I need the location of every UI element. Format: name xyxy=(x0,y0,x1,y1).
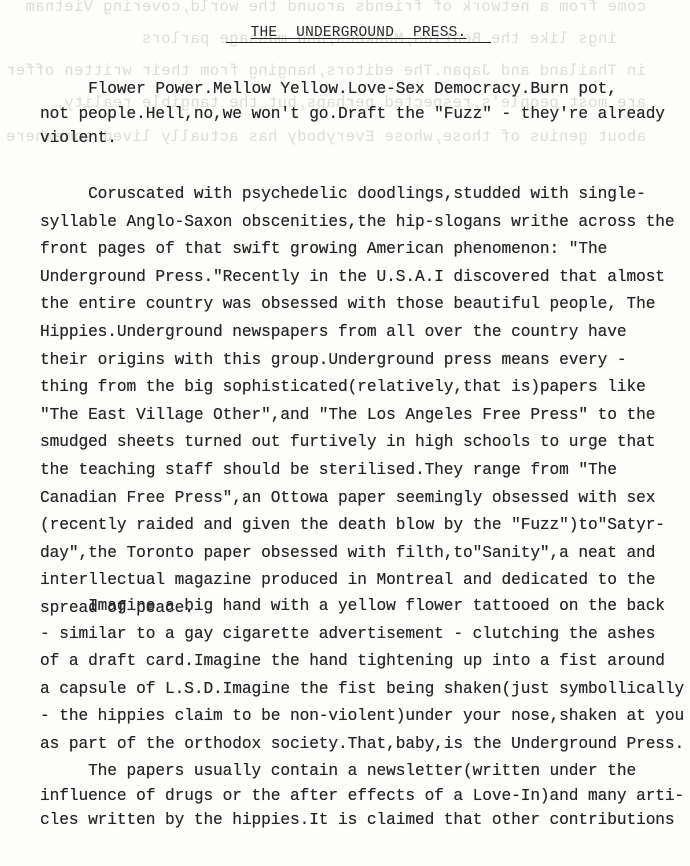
text-line: Flower Power.Mellow Yellow.Love-Sex Demo… xyxy=(40,80,617,98)
text-line: not people.Hell,no,we won't go.Draft the… xyxy=(40,105,665,123)
text-line: cles written by the hippies.It is claime… xyxy=(40,811,675,829)
text-line: Imagine a big hand with a yellow flower … xyxy=(40,597,665,615)
text-line: interllectual magazine produced in Montr… xyxy=(40,571,655,589)
text-line: front pages of that swift growing Americ… xyxy=(40,240,607,258)
title-block: THE UNDERGROUND PRESS. xyxy=(226,23,491,43)
text-line: Coruscated with psychedelic doodlings,st… xyxy=(40,185,646,203)
text-line: of a draft card.Imagine the hand tighten… xyxy=(40,652,665,670)
bleed-line: in Thailand and Japan.The editors,hangin… xyxy=(6,62,646,80)
text-line: syllable Anglo-Saxon obscenities,the hip… xyxy=(40,213,675,231)
text-line: The papers usually contain a newsletter(… xyxy=(40,762,636,780)
text-line: smudged sheets turned out furtively in h… xyxy=(40,433,655,451)
text-line: as part of the orthodox society.That,bab… xyxy=(40,735,684,753)
text-line: Underground Press."Recently in the U.S.A… xyxy=(40,268,665,286)
text-line: day",the Toronto paper obsessed with fil… xyxy=(40,544,655,562)
document-title: THE UNDERGROUND PRESS. xyxy=(251,25,467,41)
text-line: - the hippies claim to be non-violent)un… xyxy=(40,707,684,725)
text-line: influence of drugs or the after effects … xyxy=(40,787,684,805)
text-line: violent. xyxy=(40,129,117,147)
bleed-line: come from a network of friends around th… xyxy=(25,0,646,16)
text-line: "The East Village Other",and "The Los An… xyxy=(40,406,655,424)
text-line: (recently raided and given the death blo… xyxy=(40,516,665,534)
text-line: the entire country was obsessed with tho… xyxy=(40,295,655,313)
text-line: a capsule of L.S.D.Imagine the fist bein… xyxy=(40,680,684,698)
text-line: their origins with this group.Undergroun… xyxy=(40,351,626,369)
text-line: the teaching staff should be sterilised.… xyxy=(40,461,617,479)
text-line: thing from the big sophisticated(relativ… xyxy=(40,378,646,396)
text-line: Canadian Free Press",an Ottowa paper see… xyxy=(40,489,655,507)
text-line: - similar to a gay cigarette advertiseme… xyxy=(40,625,655,643)
document-page: come from a network of friends around th… xyxy=(0,0,690,866)
text-line: Hippies.Underground newspapers from all … xyxy=(40,323,626,341)
